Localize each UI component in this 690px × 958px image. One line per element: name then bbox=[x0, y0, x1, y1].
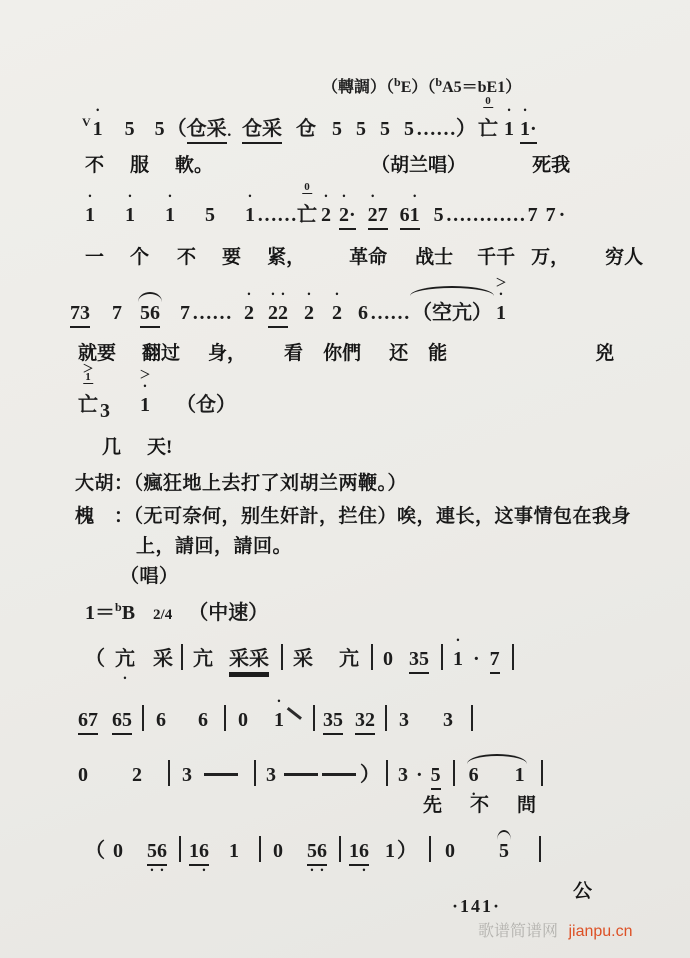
note-token: 56 bbox=[140, 302, 160, 328]
stage-direction-dahu: 大胡：（瘋狂地上去打了刘胡兰两鞭。） bbox=[75, 468, 407, 495]
note-token: 1 bbox=[245, 204, 255, 227]
music-line-5: （亢采亢采采采亢0351·7 bbox=[85, 642, 514, 674]
note-token: 1 bbox=[85, 204, 95, 227]
note-token: 5 bbox=[431, 764, 441, 790]
note-token: 1 bbox=[385, 840, 395, 863]
note-token: 2· bbox=[339, 204, 356, 230]
barline bbox=[142, 705, 144, 731]
note-token: 0亡 bbox=[297, 198, 317, 227]
number-above-mark: 0 bbox=[483, 96, 493, 108]
text-token: 上，請回，請回。 bbox=[136, 531, 292, 558]
note-token: 仓采 bbox=[187, 112, 227, 144]
note-token: 1 bbox=[93, 118, 103, 141]
barline bbox=[471, 705, 473, 731]
held-note-dash bbox=[284, 773, 318, 776]
modulation-header: （轉調）（bE）（bA5＝bE1） bbox=[322, 74, 521, 97]
lyric-line-2: 一个不要紧，革命战士千千万，穷人 bbox=[85, 242, 643, 269]
note-token: ＞1亡 bbox=[78, 388, 98, 417]
note-token: 5 bbox=[404, 118, 414, 141]
note-token: 0 bbox=[113, 840, 123, 863]
note-token: 采 bbox=[153, 642, 173, 671]
note-token: 1＝ bbox=[85, 596, 115, 625]
note-token: 67 bbox=[78, 709, 98, 735]
text-token: 兇 bbox=[595, 338, 614, 365]
note-token: 7 bbox=[112, 302, 122, 325]
text-token: 革命 bbox=[349, 242, 387, 269]
note-token: 3 bbox=[182, 764, 192, 787]
note-token: ） bbox=[360, 758, 380, 787]
text-token: 你們 bbox=[323, 338, 361, 365]
note-token: 6 bbox=[198, 709, 208, 732]
note-token: · bbox=[227, 127, 232, 145]
text-token: 个 bbox=[130, 242, 149, 269]
note-token: 5 bbox=[332, 118, 342, 141]
barline bbox=[179, 836, 181, 862]
note-token: （中速） bbox=[188, 596, 268, 625]
note-token: 6 bbox=[156, 709, 166, 732]
note-token: 1 bbox=[125, 204, 135, 227]
accent-mark: ＞ bbox=[140, 370, 151, 380]
barline bbox=[453, 760, 455, 786]
note-token: （ bbox=[85, 642, 105, 671]
note-token: 0 bbox=[78, 764, 88, 787]
note-token: 5 bbox=[380, 118, 390, 141]
note-token: 3 bbox=[398, 764, 408, 787]
text-token: 穷人 bbox=[605, 242, 643, 269]
note-token: 0 bbox=[383, 648, 393, 671]
barline bbox=[224, 705, 226, 731]
barline bbox=[259, 836, 261, 862]
note-token: 5 bbox=[125, 118, 135, 141]
barline bbox=[541, 760, 543, 786]
note-token: 2 bbox=[321, 204, 331, 227]
number-above-mark: 0 bbox=[302, 182, 312, 194]
text-token: 身， bbox=[208, 338, 246, 365]
text-token: 千千 bbox=[477, 242, 515, 269]
text-token: A5＝bE1） bbox=[442, 74, 521, 97]
note-token: 2 bbox=[332, 302, 342, 325]
barline bbox=[313, 705, 315, 731]
lyric-line-1: 不服軟。（胡兰唱）死我 bbox=[85, 150, 570, 177]
watermark-site-name: 歌谱简谱网 bbox=[478, 923, 558, 940]
note-token: ………… bbox=[446, 204, 526, 227]
note-token: 5 bbox=[205, 204, 215, 227]
note-token: 1 bbox=[165, 204, 175, 227]
note-token: 1 bbox=[274, 709, 284, 732]
note-token: 1 bbox=[229, 840, 239, 863]
barline bbox=[371, 644, 373, 670]
text-token: （轉調）（ bbox=[322, 74, 394, 97]
note-token: 7 bbox=[490, 648, 500, 674]
note-token: 56 bbox=[147, 840, 167, 866]
barline bbox=[281, 644, 283, 670]
note-token: ） bbox=[397, 834, 417, 863]
note-token: 27 bbox=[368, 204, 388, 230]
note-token: 22 bbox=[268, 302, 288, 328]
text-token: 大胡：（瘋狂地上去打了刘胡兰两鞭。） bbox=[75, 468, 407, 495]
text-token: b bbox=[394, 75, 401, 90]
accent-mark: ＞ bbox=[496, 278, 507, 288]
text-token: 不 bbox=[177, 242, 196, 269]
note-token: 6 bbox=[358, 302, 368, 325]
note-token: 16 bbox=[189, 840, 209, 866]
note-token: 61 bbox=[469, 764, 525, 787]
barline bbox=[181, 644, 183, 670]
sheet-music-scan-page: （轉調）（bE）（bA5＝bE1）V155（仓采·仓采仓5555……）0亡11·… bbox=[0, 0, 690, 958]
lyric-line-3: 就要翻过身，看你們还能兇 bbox=[78, 338, 614, 365]
text-token: 要 bbox=[222, 242, 241, 269]
note-token: 1· bbox=[520, 118, 537, 144]
text-token: （胡兰唱） bbox=[371, 150, 466, 177]
lyric-line-6: 公 bbox=[573, 876, 592, 903]
note-token: ＞1 bbox=[140, 394, 150, 417]
note-token: 5 bbox=[499, 840, 509, 863]
note-token: 2/4 bbox=[153, 607, 172, 624]
text-token: 死我 bbox=[532, 150, 570, 177]
note-token: 5 bbox=[155, 118, 165, 141]
music-line-3: 737567……222226……（空亢）＞1 bbox=[70, 296, 506, 328]
note-token: ） bbox=[456, 112, 476, 141]
note-token: · bbox=[473, 648, 480, 671]
text-token: 万， bbox=[531, 242, 569, 269]
note-token: ＞1 bbox=[496, 302, 506, 325]
note-token: …… bbox=[192, 302, 232, 325]
text-token: 軟。 bbox=[175, 150, 213, 177]
note-token: 61 bbox=[400, 204, 420, 230]
note-token: （ bbox=[167, 112, 187, 141]
text-token: 紧， bbox=[267, 242, 305, 269]
text-token: 看 bbox=[284, 338, 303, 365]
watermark-domain: jianpu.cn bbox=[568, 923, 632, 940]
text-token: （唱） bbox=[120, 561, 179, 588]
note-token: （仓） bbox=[176, 388, 236, 417]
note-token: 亢 bbox=[115, 642, 135, 671]
note-token: 35 bbox=[409, 648, 429, 674]
note-token: 0亡 bbox=[478, 112, 498, 141]
text-token: 公 bbox=[573, 876, 592, 903]
note-token: 32 bbox=[355, 709, 375, 735]
note-token: 5 bbox=[434, 204, 444, 227]
music-line-4: ＞1亡3＞1（仓） bbox=[78, 388, 236, 417]
note-token: B bbox=[122, 602, 135, 625]
text-token: 問 bbox=[517, 790, 536, 817]
barline bbox=[254, 760, 256, 786]
music-line-2: 11151……0亡22·27615…………77· bbox=[85, 198, 565, 230]
barline bbox=[385, 705, 387, 731]
note-token: 亢 bbox=[193, 642, 213, 671]
barline bbox=[386, 760, 388, 786]
note-token: …… bbox=[257, 204, 297, 227]
barline bbox=[441, 644, 443, 670]
text-token: 天! bbox=[147, 432, 172, 459]
lyric-line-5: 先不問 bbox=[423, 790, 536, 817]
note-token: 仓 bbox=[296, 112, 316, 141]
note-token: 65 bbox=[112, 709, 132, 735]
note-token: 亢 bbox=[339, 642, 359, 671]
held-note-dash bbox=[204, 773, 238, 776]
note-token: （ bbox=[85, 834, 105, 863]
music-line-8: （056161056161）05 bbox=[85, 834, 541, 866]
sing-cue: （唱） bbox=[120, 561, 179, 588]
note-token: 2 bbox=[304, 302, 314, 325]
note-token: · bbox=[559, 204, 566, 227]
note-token: 7 bbox=[180, 302, 190, 325]
note-token: 56 bbox=[307, 840, 327, 866]
note-token: 1 bbox=[504, 118, 514, 141]
text-token: 不 bbox=[85, 150, 104, 177]
page-number: ·141· bbox=[452, 896, 501, 917]
note-token: 35 bbox=[323, 709, 343, 735]
text-token: 不 bbox=[470, 790, 489, 817]
note-token: （空亢） bbox=[412, 296, 492, 325]
text-token: 一 bbox=[85, 242, 104, 269]
note-token: 3 bbox=[266, 764, 276, 787]
note-token: 3 bbox=[443, 709, 453, 732]
stage-direction-huai-2: 上，請回，請回。 bbox=[136, 531, 292, 558]
text-token: b bbox=[435, 75, 442, 90]
note-token: · bbox=[416, 764, 423, 787]
text-token: 翻过 bbox=[142, 338, 180, 365]
barline bbox=[539, 836, 541, 862]
note-token: V bbox=[82, 115, 91, 130]
watermark: 歌谱简谱网 jianpu.cn bbox=[478, 918, 633, 941]
lyric-line-4: 几天! bbox=[102, 432, 172, 459]
text-token: 先 bbox=[423, 790, 442, 817]
text-token: E）（ bbox=[401, 74, 436, 97]
music-line-7: 0233）3·561 bbox=[78, 758, 543, 790]
number-above-mark: 1 bbox=[83, 372, 93, 384]
note-token: 采采 bbox=[229, 642, 269, 674]
barline bbox=[339, 836, 341, 862]
note-token: 2 bbox=[244, 302, 254, 325]
barline bbox=[429, 836, 431, 862]
text-token: 几 bbox=[102, 432, 121, 459]
stage-direction-huai-1: 槐 ：（无可奈何，别生奸計，拦住）唉，連长，这事情包在我身 bbox=[75, 501, 631, 528]
text-token: 战士 bbox=[415, 242, 453, 269]
music-line-6: 67656601353233 bbox=[78, 708, 473, 735]
note-token: 7 bbox=[546, 204, 556, 227]
text-token: 服 bbox=[130, 150, 149, 177]
note-token: 16 bbox=[349, 840, 369, 866]
text-token: 还 bbox=[389, 338, 408, 365]
barline bbox=[512, 644, 514, 670]
glissando-mark bbox=[287, 707, 302, 719]
note-token: 5 bbox=[356, 118, 366, 141]
note-token: 0 bbox=[238, 709, 248, 732]
held-note-dash bbox=[322, 773, 356, 776]
barline bbox=[168, 760, 170, 786]
text-token: 能 bbox=[428, 338, 447, 365]
text-token: 槐 ：（无可奈何，别生奸計，拦住）唉，連长，这事情包在我身 bbox=[75, 501, 631, 528]
note-token: 73 bbox=[70, 302, 90, 328]
note-token: …… bbox=[416, 118, 456, 141]
note-token: 2 bbox=[132, 764, 142, 787]
music-line-1: V155（仓采·仓采仓5555……）0亡11· bbox=[82, 112, 537, 144]
note-token: 仓采 bbox=[242, 112, 282, 144]
note-token: 3 bbox=[399, 709, 409, 732]
note-token: 7 bbox=[528, 204, 538, 227]
note-token: b bbox=[115, 600, 122, 615]
note-token: …… bbox=[370, 302, 410, 325]
note-token: 采 bbox=[293, 642, 313, 671]
key-signature: 1＝bB2/4（中速） bbox=[85, 596, 268, 625]
note-token: 1 bbox=[453, 648, 463, 671]
note-token: 0 bbox=[273, 840, 283, 863]
note-token: 3 bbox=[100, 400, 110, 423]
note-token: 0 bbox=[445, 840, 455, 863]
text-token: 就要 bbox=[78, 338, 116, 365]
